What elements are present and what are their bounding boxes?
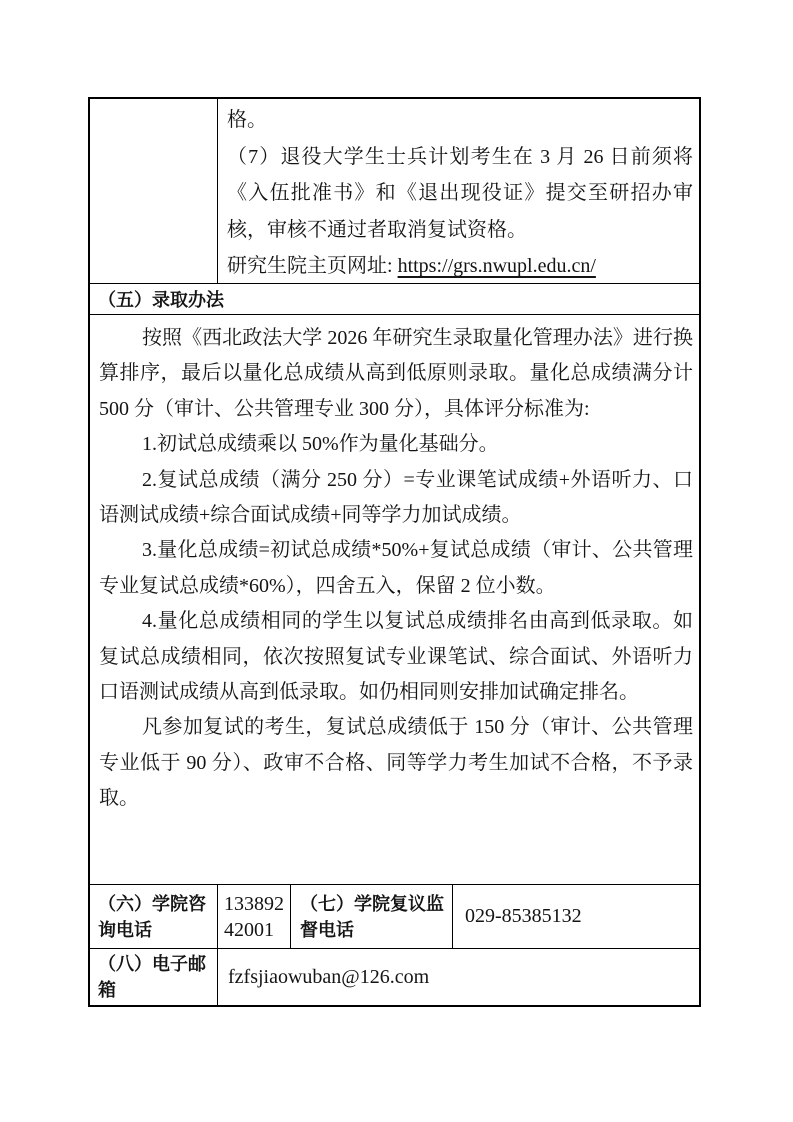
homepage-line: 研究生院主页网址: https://grs.nwupl.edu.cn/ xyxy=(227,248,693,283)
phone-contacts-row: （六）学院咨询电话 13389242001 （七）学院复议监督电话 029-85… xyxy=(90,884,699,948)
section5-title: （五）录取办法 xyxy=(98,286,224,312)
email-value: fzfsjiaowuban@126.com xyxy=(228,966,429,989)
continuation-row-empty-cell xyxy=(90,99,218,283)
continuation-row-content-cell: 格。 （7）退役大学生士兵计划考生在 3 月 26 日前须将《入伍批准书》和《退… xyxy=(218,99,699,283)
document-page: 格。 （7）退役大学生士兵计划考生在 3 月 26 日前须将《入伍批准书》和《退… xyxy=(0,0,793,1122)
consult-phone-value-cell: 13389242001 xyxy=(218,885,291,948)
email-label: （八）电子邮箱 xyxy=(98,951,217,1003)
supervise-phone-label: （七）学院复议监督电话 xyxy=(300,891,452,943)
section5-paragraph-item1: 1.初试总成绩乘以 50%作为量化基础分。 xyxy=(99,427,693,462)
homepage-label: 研究生院主页网址: xyxy=(227,255,398,277)
consult-phone-label: （六）学院咨询电话 xyxy=(98,891,217,943)
email-label-cell: （八）电子邮箱 xyxy=(90,949,218,1005)
section5-paragraph-item3: 3.量化总成绩=初试总成绩*50%+复试总成绩（审计、公共管理专业复试总成绩*6… xyxy=(99,533,693,604)
section5-header-row: （五）录取办法 xyxy=(90,283,699,314)
supervise-phone-value: 029-85385132 xyxy=(465,905,582,928)
email-row: （八）电子邮箱 fzfsjiaowuban@126.com xyxy=(90,948,699,1005)
email-value-cell: fzfsjiaowuban@126.com xyxy=(218,949,699,1005)
supervise-phone-label-cell: （七）学院复议监督电话 xyxy=(291,885,453,948)
consult-phone-label-cell: （六）学院咨询电话 xyxy=(90,885,218,948)
consult-phone-value: 13389242001 xyxy=(224,891,290,943)
section5-paragraph-intro: 按照《西北政法大学 2026 年研究生录取量化管理办法》进行换算排序，最后以量化… xyxy=(99,321,693,427)
continuation-line-1: 格。 xyxy=(227,102,693,139)
section5-body-cell: 按照《西北政法大学 2026 年研究生录取量化管理办法》进行换算排序，最后以量化… xyxy=(90,314,699,884)
homepage-link[interactable]: https://grs.nwupl.edu.cn/ xyxy=(398,255,596,277)
continuation-row: 格。 （7）退役大学生士兵计划考生在 3 月 26 日前须将《入伍批准书》和《退… xyxy=(90,99,699,283)
section5-paragraph-item2: 2.复试总成绩（满分 250 分）=专业课笔试成绩+外语听力、口语测试成绩+综合… xyxy=(99,463,693,534)
supervise-phone-value-cell: 029-85385132 xyxy=(453,885,699,948)
admission-info-table: 格。 （7）退役大学生士兵计划考生在 3 月 26 日前须将《入伍批准书》和《退… xyxy=(88,97,701,1007)
section5-paragraph-item4: 4.量化总成绩相同的学生以复试总成绩排名由高到低录取。如复试总成绩相同，依次按照… xyxy=(99,604,693,710)
section5-paragraph-final: 凡参加复试的考生，复试总成绩低于 150 分（审计、公共管理专业低于 90 分）… xyxy=(99,710,693,816)
continuation-paragraph-7: （7）退役大学生士兵计划考生在 3 月 26 日前须将《入伍批准书》和《退出现役… xyxy=(227,139,693,249)
